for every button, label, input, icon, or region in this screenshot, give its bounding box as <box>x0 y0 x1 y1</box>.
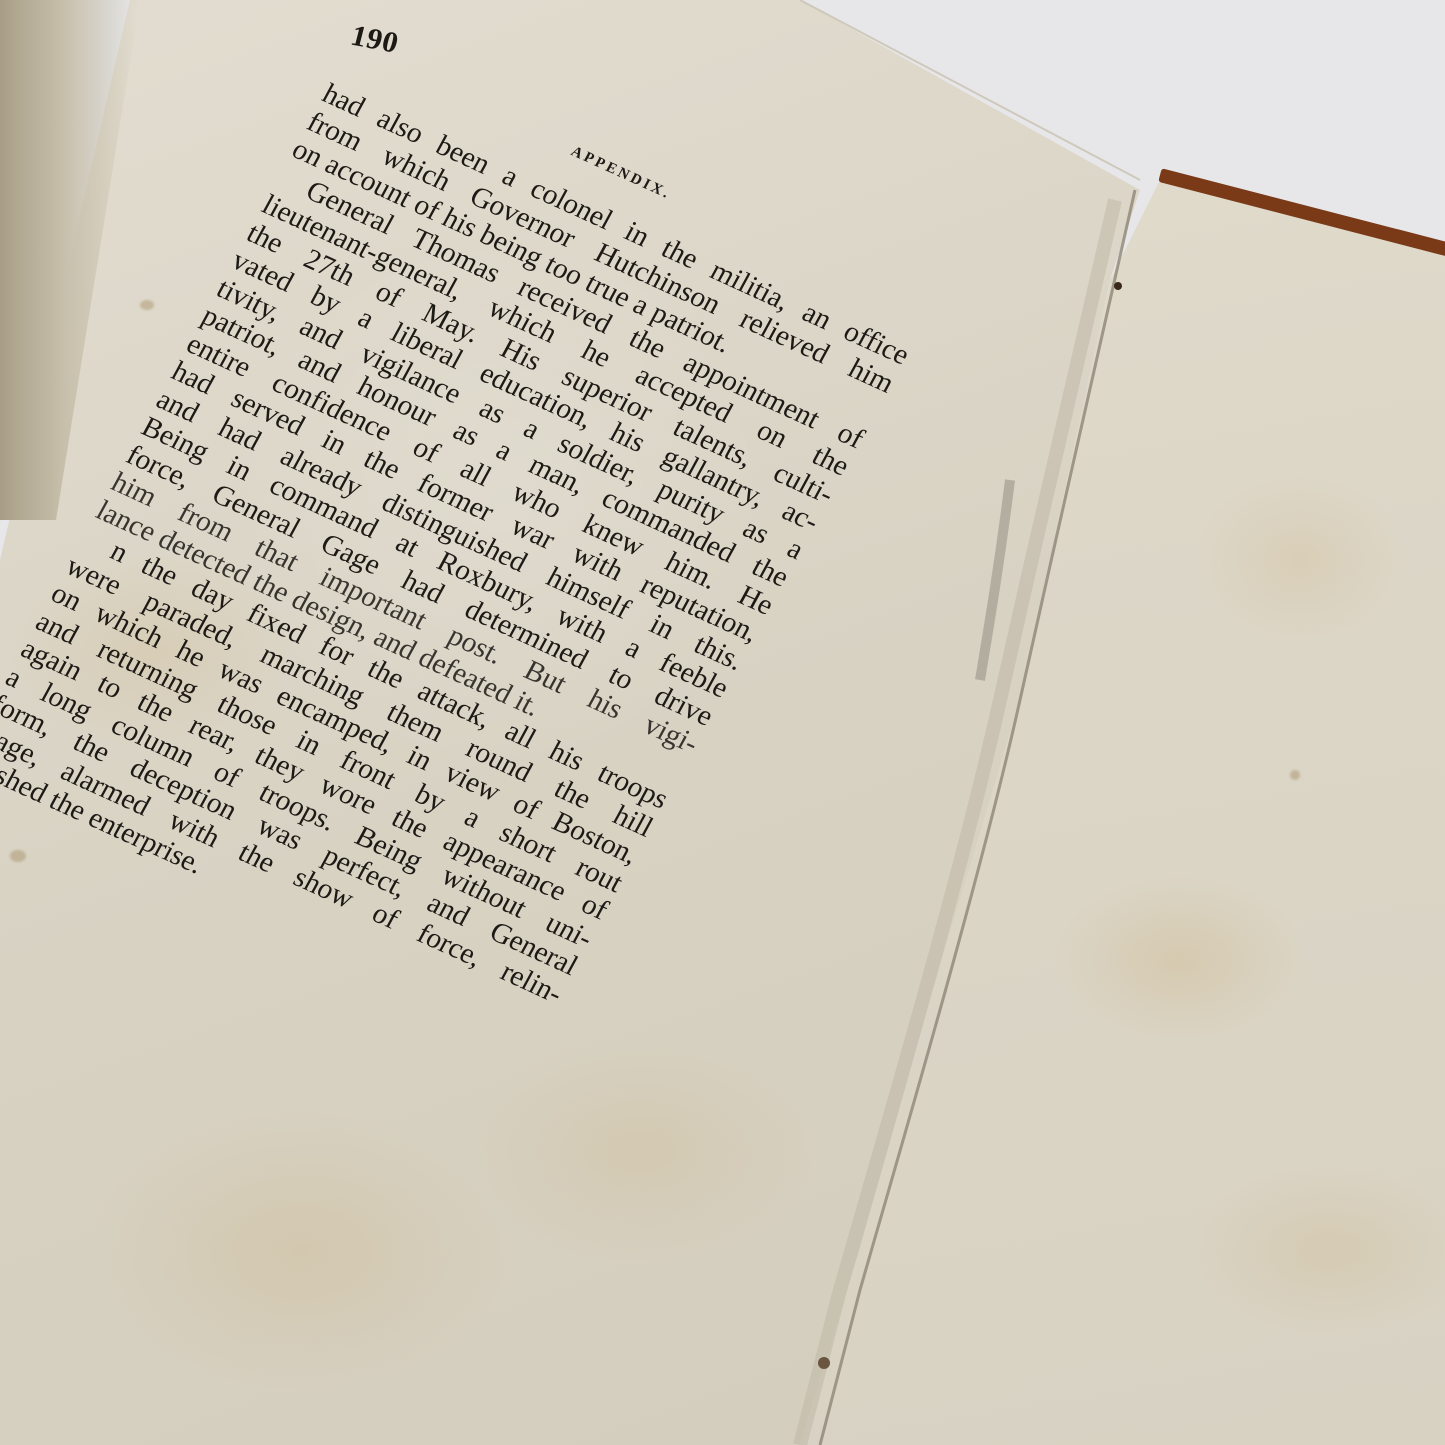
paper-stain <box>1290 770 1300 780</box>
paper-stain <box>140 300 154 310</box>
paper-stain <box>10 850 26 862</box>
book-photo: 190 APPENDIX. had also been a colonel in… <box>0 0 1445 1445</box>
